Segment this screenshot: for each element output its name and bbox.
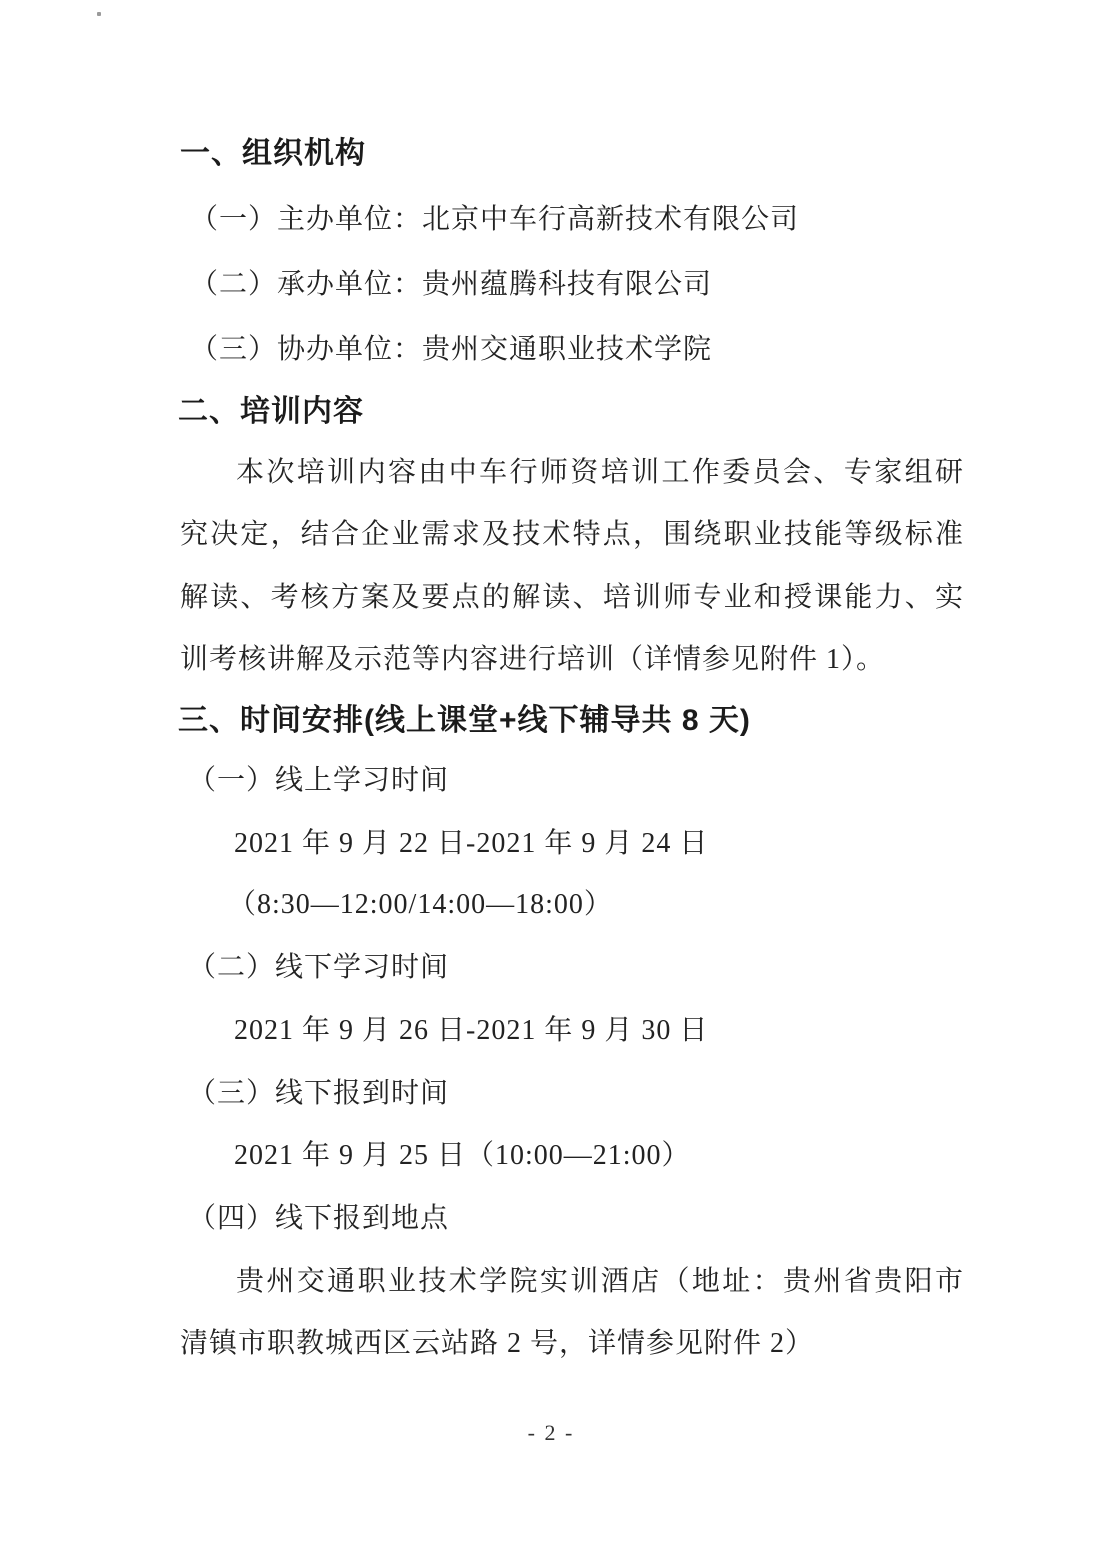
schedule-label-online-study: （一）线上学习时间 [188, 764, 449, 798]
org-item-host: （一）主办单位：北京中车行高新技术有限公司 [190, 203, 799, 237]
org-item-coorganizer: （三）协办单位：贵州交通职业技术学院 [190, 333, 712, 367]
document-page: 一、组织机构 （一）主办单位：北京中车行高新技术有限公司 （二）承办单位：贵州蕴… [0, 0, 1102, 1557]
schedule-checkin-datetime: 2021 年 9 月 25 日（10:00—21:00） [234, 1139, 691, 1173]
schedule-label-checkin-time: （三）线下报到时间 [188, 1077, 449, 1111]
checkin-address-line: 贵州交通职业技术学院实训酒店（地址：贵州省贵阳市 [180, 1265, 964, 1299]
paragraph-line: 训考核讲解及示范等内容进行培训（详情参见附件 1）。 [180, 643, 964, 677]
section-heading-organization: 一、组织机构 [180, 136, 366, 172]
paragraph-line: 解读、考核方案及要点的解读、培训师专业和授课能力、实 [180, 581, 964, 615]
paragraph-line: 究决定，结合企业需求及技术特点，围绕职业技能等级标准 [180, 518, 964, 552]
scan-speck [97, 12, 101, 16]
section-heading-schedule: 三、时间安排(线上课堂+线下辅导共 8 天) [178, 703, 751, 739]
paragraph-line: 本次培训内容由中车行师资培训工作委员会、专家组研 [180, 456, 964, 490]
schedule-label-offline-study: （二）线下学习时间 [188, 951, 449, 985]
org-item-undertaker: （二）承办单位：贵州蕴腾科技有限公司 [190, 268, 712, 302]
schedule-online-dates: 2021 年 9 月 22 日-2021 年 9 月 24 日 [234, 827, 708, 861]
page-number: - 2 - [0, 1420, 1102, 1446]
checkin-address-line: 清镇市职教城西区云站路 2 号，详情参见附件 2） [180, 1327, 964, 1361]
schedule-offline-dates: 2021 年 9 月 26 日-2021 年 9 月 30 日 [234, 1014, 708, 1048]
schedule-online-hours: （8:30—12:00/14:00—18:00） [228, 888, 613, 922]
section-heading-training-content: 二、培训内容 [178, 394, 364, 430]
schedule-label-checkin-location: （四）线下报到地点 [188, 1202, 449, 1236]
